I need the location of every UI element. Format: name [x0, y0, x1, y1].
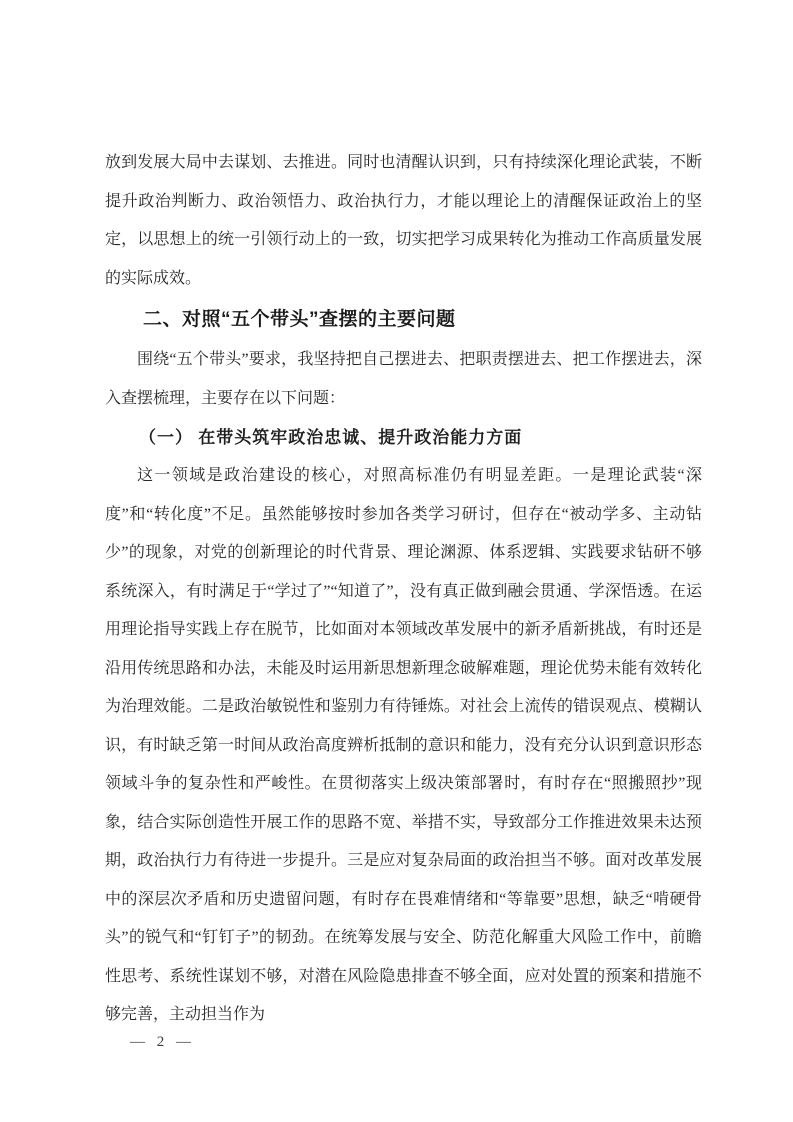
- page-content: 放到发展大局中去谋划、去推进。同时也清醒认识到，只有持续深化理论武装，不断提升政…: [105, 144, 702, 1035]
- section-heading: 二、对照“五个带头”查摆的主要问题: [105, 300, 702, 340]
- page-number: — 2 —: [130, 1031, 195, 1053]
- document-page: 放到发展大局中去谋划、去推进。同时也清醒认识到，只有持续深化理论武装，不断提升政…: [0, 0, 793, 1122]
- subsection-heading: （一） 在带头筑牢政治忠诚、提升政治能力方面: [105, 418, 702, 457]
- paragraph-continuation: 放到发展大局中去谋划、去推进。同时也清醒认识到，只有持续深化理论武装，不断提升政…: [105, 144, 702, 298]
- paragraph-body: 这一领域是政治建设的核心，对照高标准仍有明显差距。一是理论武装“深度”和“转化度…: [105, 457, 702, 1035]
- paragraph-intro: 围绕“五个带头”要求，我坚持把自己摆进去、把职责摆进去、把工作摆进去，深入查摆梳…: [105, 341, 702, 418]
